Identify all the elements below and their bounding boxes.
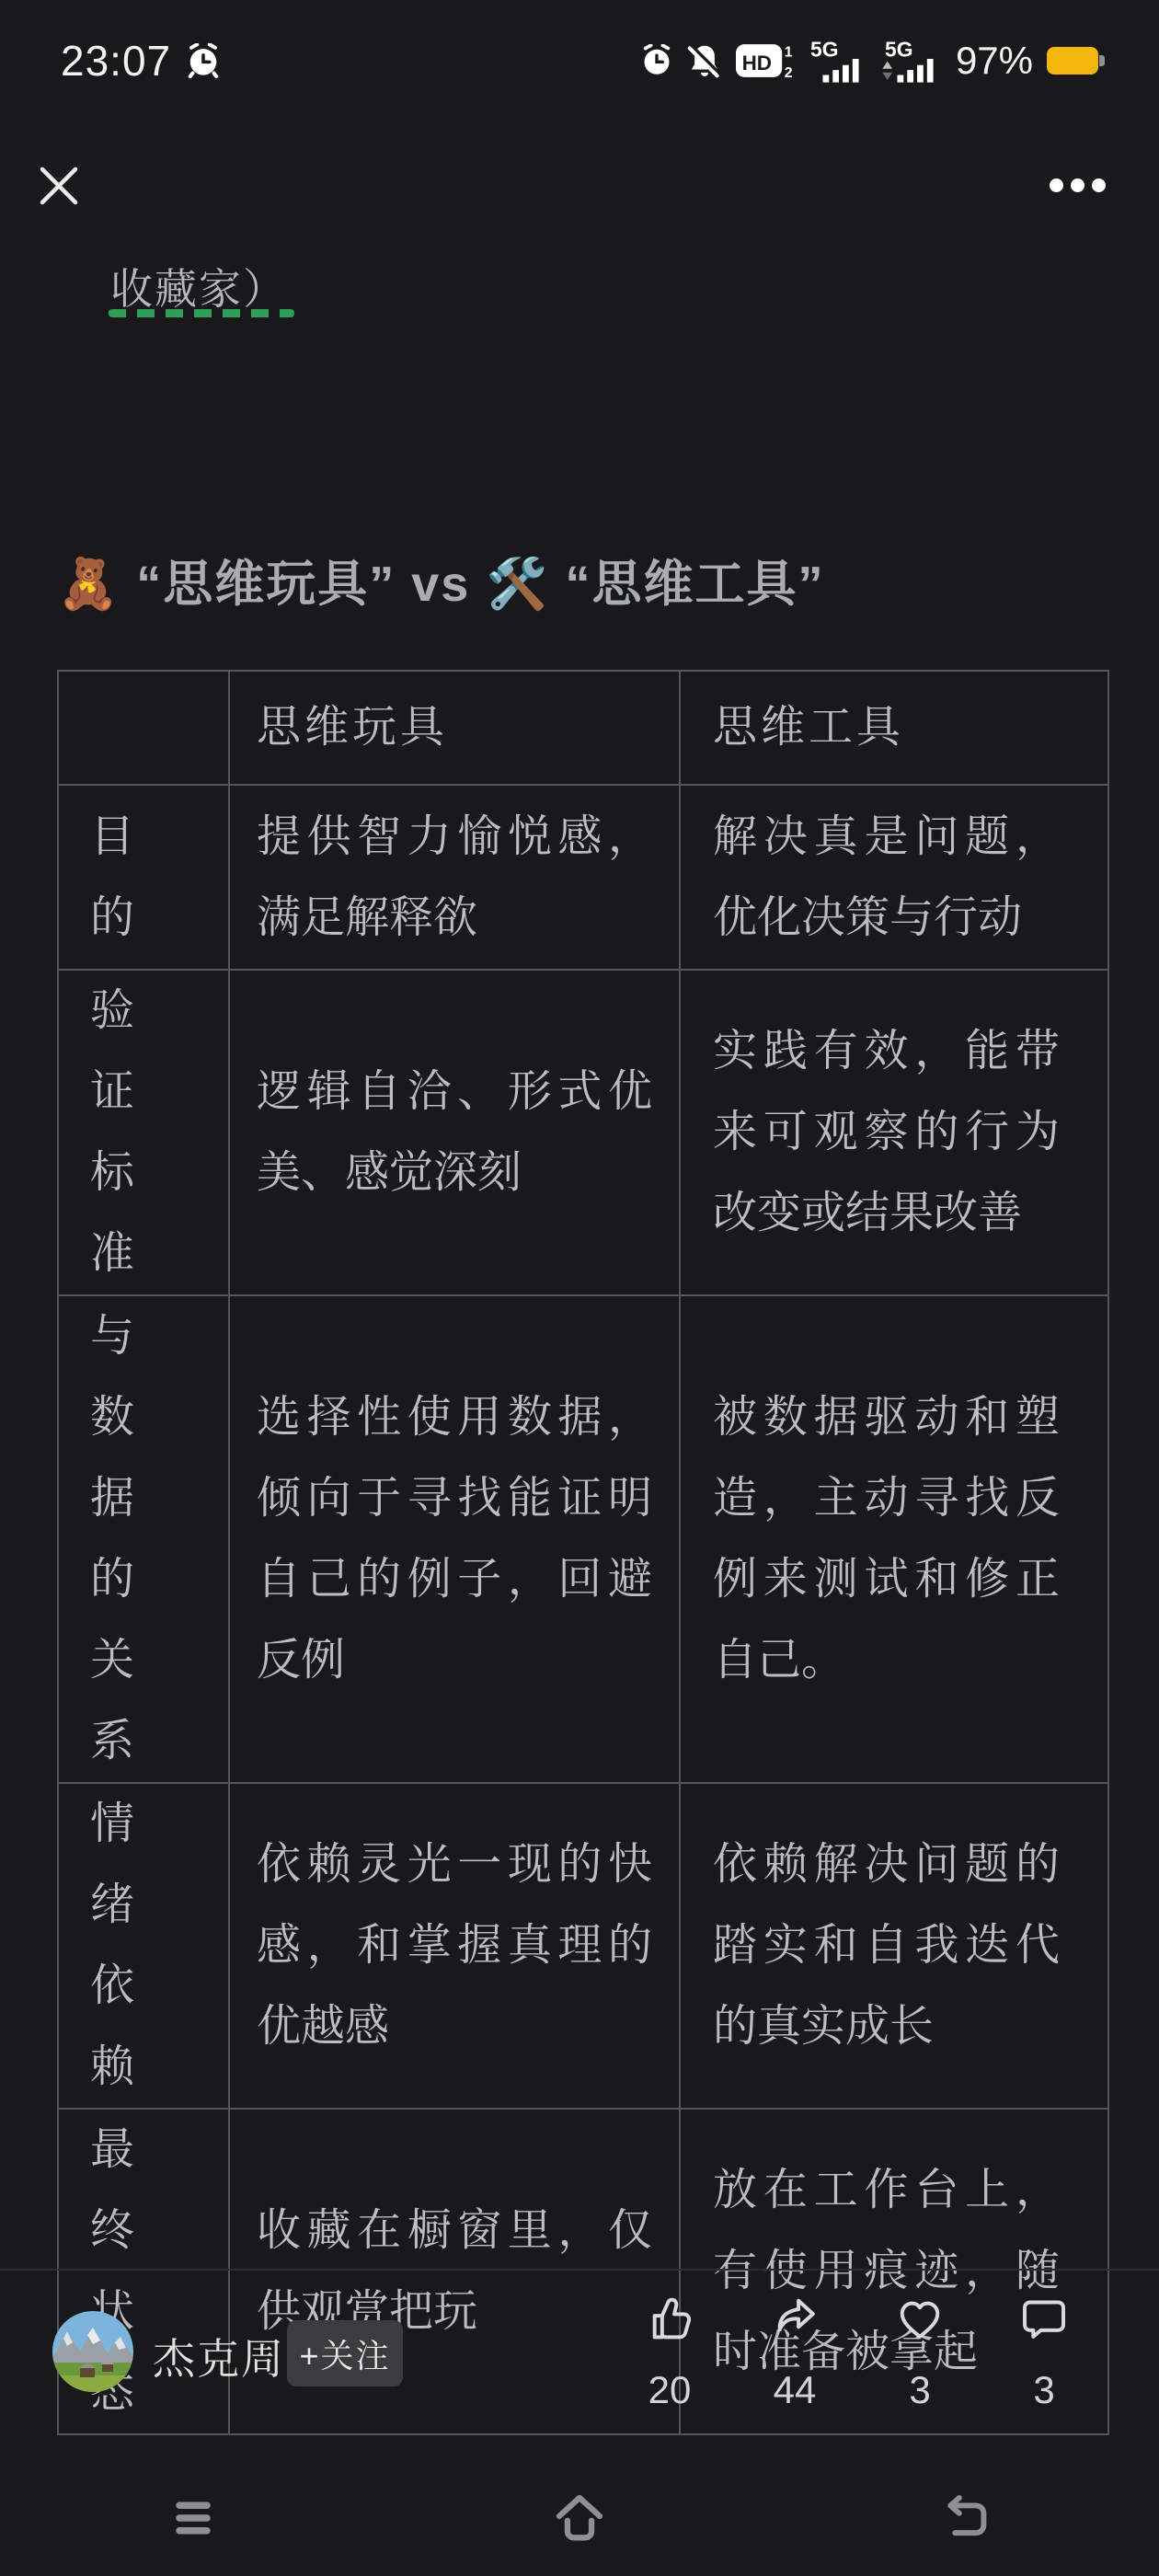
battery-icon: [1047, 47, 1098, 75]
author-username[interactable]: 杰克周: [153, 2326, 285, 2386]
row-label: 情绪依赖: [58, 1783, 229, 2109]
article-title: 🧸 “思维玩具” vs 🛠️ “思维工具”: [57, 545, 825, 615]
alarm-clock-icon: [186, 43, 221, 78]
share-count: 44: [774, 2368, 817, 2412]
svg-text:5G: 5G: [885, 38, 913, 61]
svg-text:1: 1: [785, 44, 793, 60]
svg-text:2: 2: [785, 65, 793, 81]
table-cell: 提供智力愉悦感，满足解释欲: [229, 785, 680, 970]
table-cell: 解决真是问题，优化决策与行动: [680, 785, 1108, 970]
battery-percent: 97%: [956, 39, 1033, 83]
table-row: 验证标准 逻辑自洽、形式优美、感觉深刻 实践有效，能带来可观察的行为改变或结果改…: [58, 970, 1108, 1295]
favorite-button[interactable]: 3: [857, 2293, 982, 2412]
table-corner-cell: [58, 671, 229, 785]
signal-5g-sim2-icon: 5G: [881, 38, 942, 84]
hd-volte-icon: HD 1 2: [736, 40, 797, 81]
table-col-header-tool: 思维工具: [680, 671, 1108, 785]
table-cell: 依赖灵光一现的快感，和掌握真理的优越感: [229, 1783, 680, 2109]
article-snippet-text: 收藏家）: [110, 256, 287, 316]
comment-count: 3: [1033, 2368, 1054, 2412]
close-button[interactable]: [37, 164, 81, 208]
like-button[interactable]: 20: [607, 2293, 732, 2412]
footer-divider: [0, 2269, 1159, 2271]
green-dashed-underline: [109, 309, 294, 317]
more-options-button[interactable]: [1050, 178, 1106, 192]
screen: 23:07: [0, 0, 1159, 2576]
alarm-icon: [640, 44, 673, 77]
table-cell: 选择性使用数据，倾向于寻找能证明自己的例子，回避反例: [229, 1295, 680, 1783]
nav-menu-button[interactable]: [0, 2490, 386, 2546]
status-bar: 23:07: [0, 33, 1159, 88]
dot: [1071, 178, 1084, 192]
heart-icon: [894, 2293, 946, 2344]
nav-home-button[interactable]: [386, 2488, 773, 2548]
table-col-header-toy: 思维玩具: [229, 671, 680, 785]
share-arrow-icon: [769, 2293, 820, 2344]
table-cell: 实践有效，能带来可观察的行为改变或结果改善: [680, 970, 1108, 1295]
row-label: 目的: [58, 785, 229, 970]
system-nav-bar: [0, 2467, 1159, 2569]
table-row: 目的 提供智力愉悦感，满足解释欲 解决真是问题，优化决策与行动: [58, 785, 1108, 970]
status-time: 23:07: [61, 36, 171, 86]
thumbs-up-icon: [644, 2293, 695, 2344]
favorite-count: 3: [909, 2368, 930, 2412]
comment-bubble-icon: [1018, 2293, 1070, 2344]
comment-button[interactable]: 3: [981, 2293, 1107, 2412]
table-header-row: 思维玩具 思维工具: [58, 671, 1108, 785]
svg-text:HD: HD: [742, 52, 772, 75]
notifications-off-icon: [687, 43, 722, 78]
comparison-table: 思维玩具 思维工具 目的 提供智力愉悦感，满足解释欲 解决真是问题，优化决策与行…: [57, 670, 1109, 2435]
row-label: 验证标准: [58, 970, 229, 1295]
like-count: 20: [648, 2368, 692, 2412]
dot: [1050, 178, 1063, 192]
signal-5g-sim1-icon: 5G: [810, 38, 867, 84]
dot: [1092, 178, 1106, 192]
nav-back-button[interactable]: [773, 2490, 1159, 2547]
share-button[interactable]: 44: [732, 2293, 857, 2412]
table-cell: 逻辑自洽、形式优美、感觉深刻: [229, 970, 680, 1295]
table-row: 与数据的关系 选择性使用数据，倾向于寻找能证明自己的例子，回避反例 被数据驱动和…: [58, 1295, 1108, 1783]
avatar[interactable]: [52, 2311, 133, 2392]
table-row: 情绪依赖 依赖灵光一现的快感，和掌握真理的优越感 依赖解决问题的踏实和自我迭代的…: [58, 1783, 1108, 2109]
table-cell: 依赖解决问题的踏实和自我迭代的真实成长: [680, 1783, 1108, 2109]
follow-button[interactable]: +关注: [287, 2320, 403, 2386]
row-label: 与数据的关系: [58, 1295, 229, 1783]
svg-text:5G: 5G: [810, 38, 839, 61]
table-cell: 被数据驱动和塑造，主动寻找反例来测试和修正自己。: [680, 1295, 1108, 1783]
